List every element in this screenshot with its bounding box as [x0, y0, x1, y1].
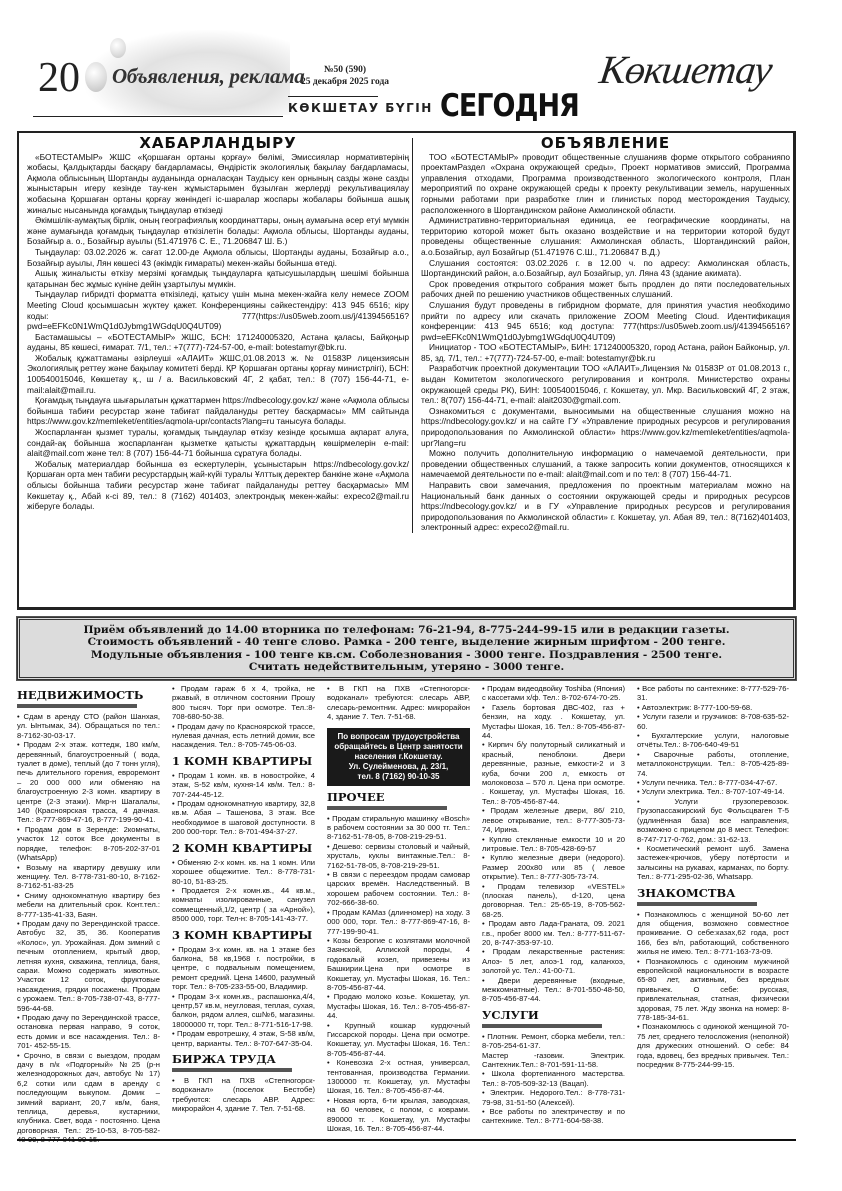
classified-ad: • Продаю молоко козье. Кокшетау, ул. Мус…	[327, 992, 470, 1020]
notice-paragraph: Можно получить дополнительную информацию…	[421, 448, 790, 480]
category-heading: ПРОЧЕЕ	[327, 791, 447, 810]
notice-paragraph: Жобалық материалдар бойынша өз ескертуле…	[27, 459, 409, 512]
category-heading: 3 КОМН КВАРТИРЫ	[172, 929, 315, 942]
classifieds-column: • В ГКП на ПХВ «Степногорск-водоканал» т…	[327, 684, 470, 1133]
issue-info: №50 (590) 25 декабря 2025 года	[300, 64, 390, 88]
classified-ad: • Газель бортовая ДВС-402, газ + бензин,…	[482, 703, 625, 741]
page-bottom-divider	[17, 1139, 796, 1141]
classified-ad: • Сварочные работы, отопление, металлоко…	[637, 750, 789, 778]
classified-ad: • Плотник. Ремонт, сборка мебели, тел.: …	[482, 1032, 625, 1051]
classified-ad: • Продам видеодвойку Toshiba (Япония) с …	[482, 684, 625, 703]
category-heading: 1 КОМН КВАРТИРЫ	[172, 755, 315, 768]
classified-ad: • Продам дом в Зеренде: 2комнаты, участо…	[17, 825, 160, 863]
classified-ad: • Продам авто Лада-Граната, 09. 2021 г.в…	[482, 919, 625, 947]
classified-ad: • Все работы по электричеству и по санте…	[482, 1107, 625, 1126]
notice-paragraph: Жобалық құжаттаманы әзірлеуші «АЛАИТ» ЖШ…	[27, 353, 409, 395]
notice-paragraph: Слушания состоятся: 03.02.2026 г. в 12.0…	[421, 258, 790, 279]
classified-ad: • Сниму однокомнатную квартиру без мебел…	[17, 891, 160, 919]
pricing-line: Приём объявлений до 14.00 вторника по те…	[20, 624, 793, 636]
classifieds-column: • Продам гараж 6 х 4, тройка, не ржавый,…	[172, 684, 315, 1114]
employment-center-callout: По вопросам трудоустройства обращайтесь …	[327, 728, 470, 786]
classified-ad: • Двери деревянные (входные, межкомнатны…	[482, 976, 625, 1004]
classified-ad: • Продам гараж 6 х 4, тройка, не ржавый,…	[172, 684, 315, 722]
classified-ad: • Дешево: сервизы столовый и чайный, хру…	[327, 842, 470, 870]
pricing-line: Модульные объявления - 100 тенге кв.см. …	[20, 649, 793, 661]
classified-ad: • Познакомлюсь с женщиной 50-60 лет для …	[637, 910, 789, 957]
page-number: 20	[38, 57, 80, 99]
classified-ad: • Продам 3-х комн. кв. на 1 этаже без ба…	[172, 945, 315, 992]
classified-ad: • Продаю дачу по Зерендинской трассе, ос…	[17, 1013, 160, 1051]
notice-kazakh: ХАБАРЛАНДЫРУ «БОТЕСТАМЫР» ЖШС «Қоршаған …	[27, 138, 409, 512]
callout-line: населения г.Кокшетау.	[331, 752, 466, 762]
classifieds-column: • Продам видеодвойку Toshiba (Япония) с …	[482, 684, 625, 1126]
notice-paragraph: Бастамашысы – «БОТЕСТАМЫР» ЖШС, БСН: 171…	[27, 332, 409, 353]
classified-ad: • Куплю стеклянные емкости 10 и 20 литро…	[482, 835, 625, 854]
classified-ad: • В связи с переездом продам самовар цар…	[327, 870, 470, 908]
masthead: 20 Объявления, реклама №50 (590) 25 дека…	[0, 0, 842, 135]
classified-ad: • Продам КАМаз (длинномер) на ходу. 3 00…	[327, 908, 470, 936]
newspaper-logo-script: Көкшетау	[597, 46, 775, 93]
classifieds-column: НЕДВИЖИМОСТЬ • Сдам в аренду СТО (район …	[17, 684, 160, 1145]
notice-paragraph: Слушания будут проведены в гибридном фор…	[421, 300, 790, 342]
classified-ad: • В ГКП на ПХВ «Степногорск-водоканал» (…	[172, 1076, 315, 1114]
notice-paragraph: Тыңдаулар гибридті форматта өткізіледі, …	[27, 289, 409, 331]
notice-paragraph: Инициатор - ТОО «БОТЕСТАМЫР», БИН: 17124…	[421, 342, 790, 363]
newspaper-logo-kazakh: КӨКШЕТАУ БҮГІН	[288, 101, 433, 115]
classified-ad: • Продам телевизор «VESTEL» (плоская пан…	[482, 882, 625, 920]
category-heading: 2 КОМН КВАРТИРЫ	[172, 842, 315, 855]
classified-ad: • Познакомлюсь с одиноким мужчиной европ…	[637, 957, 789, 1023]
notice-paragraph: Әкімшілік-аумақтық бірлік, оның географи…	[27, 215, 409, 247]
classified-ad: • Возьму на квартиру девушку или женщину…	[17, 863, 160, 891]
notice-paragraph: Срок проведения открытого собрания может…	[421, 279, 790, 300]
classified-ad: • Услуги грузоперевозок. Грузопассажирск…	[637, 797, 789, 844]
classified-ad: • Сдам в аренду СТО (район Шанхая, ул. Ы…	[17, 712, 160, 740]
classified-ad: • Коневозка 2-х остная, универсал, тенто…	[327, 1058, 470, 1096]
classified-ad: • Срочно, в связи с выездом, продам дачу…	[17, 1051, 160, 1145]
classified-ad: • Крупный кошкар курдючный Гиссарской по…	[327, 1021, 470, 1059]
notice-paragraph: Тыңдаулар: 03.02.2026 ж. сағат 12.00-де …	[27, 247, 409, 268]
classified-ad: • Козы безрогие с козлятами молочной Зая…	[327, 936, 470, 992]
section-title: Объявления, реклама	[112, 64, 305, 89]
notice-paragraph: «БОТЕСТАМЫР» ЖШС «Қоршаған ортаны қорғау…	[27, 152, 409, 216]
classified-ad: • Продам дачу по Зерендинской трассе. Ав…	[17, 919, 160, 1013]
classified-ad: • Продам евротрешку, 4 этаж, S-58 кв/м, …	[172, 1029, 315, 1048]
notice-paragraph: Қоғамдық тыңдауға шығарылатын құжаттарме…	[27, 395, 409, 427]
ad-pricing-banner: Приём объявлений до 14.00 вторника по те…	[17, 617, 796, 680]
newspaper-logo-russian: СЕГОДНЯ	[440, 88, 579, 124]
classified-ad: • Продам 1 комн. кв. в новостройке, 4 эт…	[172, 771, 315, 799]
notice-paragraph: Административно-территориальная единица,…	[421, 215, 790, 257]
notice-paragraph: ТОО «БОТЕСТАМЫР» проводит общественные с…	[421, 152, 790, 216]
notice-russian: ОБЪЯВЛЕНИЕ ТОО «БОТЕСТАМЫР» проводит общ…	[412, 138, 790, 533]
notice-title: ОБЪЯВЛЕНИЕ	[421, 138, 790, 149]
pricing-line: Считать недействительным, утеряно - 3000…	[20, 661, 793, 673]
notice-paragraph: Ознакомиться с документами, выносимыми н…	[421, 406, 790, 448]
category-heading: БИРЖА ТРУДА	[172, 1053, 292, 1072]
category-heading: НЕДВИЖИМОСТЬ	[17, 689, 137, 708]
callout-line: Ул. Сулейменова, д. 23/1,	[331, 762, 466, 772]
notice-paragraph: Ашық жиналысты өткізу мерзімі қоғамдық т…	[27, 268, 409, 289]
christmas-ornament-icon	[85, 62, 107, 92]
notice-paragraph: Разработчик проектной документации ТОО «…	[421, 363, 790, 405]
classified-ad: • Школа фортепианного мастерства. Тел.: …	[482, 1069, 625, 1088]
classified-ad: • Продам 2-х этаж. коттедж, 180 км/м, де…	[17, 740, 160, 825]
classified-ad: • Услуги газели и грузчиков: 8-708-635-5…	[637, 712, 789, 731]
issue-number: №50 (590)	[300, 64, 390, 76]
classified-ad: • Познакомлюсь с одинокой женщиной 70-75…	[637, 1022, 789, 1069]
classified-ad: • Услуги печника. Тел.: 8-777-034-47-67.	[637, 778, 789, 787]
classified-ad: • Все работы по сантехнике: 8-777-529-76…	[637, 684, 789, 703]
classified-ad: • Электрик. Недорого.Тел.: 8-778-731-79-…	[482, 1088, 625, 1107]
public-hearing-notices: ХАБАРЛАНДЫРУ «БОТЕСТАМЫР» ЖШС «Қоршаған …	[17, 131, 796, 610]
classified-ad: Мастер -газовик. Электрик. Сантехник.Тел…	[482, 1051, 625, 1070]
callout-line: По вопросам трудоустройства	[331, 732, 466, 742]
issue-date: 25 декабря 2025 года	[300, 76, 390, 88]
classified-ad: • В ГКП на ПХВ «Степногорск-водоканал» т…	[327, 684, 470, 722]
classified-ad: • Автоэлектрик: 8-777-100-59-68.	[637, 703, 789, 712]
classified-ad: • Продается 2-х комн.кв., 44 кв.м., комн…	[172, 886, 315, 924]
classified-ad: • Новая юрта, 6-ти крылая, заводская, на…	[327, 1096, 470, 1134]
classified-ad: • Косметический ремонт шуб. Замена засте…	[637, 844, 789, 882]
pricing-line: Стоимость объявлений - 40 тенге слово. Р…	[20, 636, 793, 648]
callout-line: обращайтесь в Центр занятости	[331, 742, 466, 752]
category-heading: ЗНАКОМСТВА	[637, 887, 757, 906]
notice-paragraph: Направить свои замечания, предложения по…	[421, 480, 790, 533]
classified-ad: • Продам стиральную машинку «Bosch» в ра…	[327, 814, 470, 842]
classified-ad: • Продам однокомнатную квартиру, 32,8 кв…	[172, 799, 315, 837]
classified-ad: • Куплю железные двери (недорого). Разме…	[482, 853, 625, 881]
classified-ad: • Продам железные двери, 86/ 210, левое …	[482, 806, 625, 834]
classified-ad: • Услуги электрика. Тел.: 8-707-107-49-1…	[637, 787, 789, 796]
classified-ad: • Продам лекарственные растения: Алоэ- 5…	[482, 947, 625, 975]
notice-paragraph: Жоспарланған қызмет туралы, қоғамдық тың…	[27, 427, 409, 459]
classifieds-column: • Все работы по сантехнике: 8-777-529-76…	[637, 684, 789, 1069]
category-heading: УСЛУГИ	[482, 1009, 602, 1028]
classified-ad: • Бухгалтерские услуги, налоговые отчёты…	[637, 731, 789, 750]
classified-ad: • Обменяю 2-х комн. кв. на 1 комн. Или х…	[172, 858, 315, 886]
classifieds: НЕДВИЖИМОСТЬ • Сдам в аренду СТО (район …	[17, 684, 796, 1134]
callout-line: тел. 8 (7162) 90-10-35	[331, 772, 466, 782]
classified-ad: • Кирпич б/у полуторный силикатный и кра…	[482, 740, 625, 806]
notice-title: ХАБАРЛАНДЫРУ	[27, 138, 409, 149]
issue-divider	[288, 96, 378, 97]
classified-ad: • Продам 3-х комн.кв., распашонка,4/4, ц…	[172, 992, 315, 1030]
christmas-ornament-icon	[110, 38, 126, 58]
classified-ad: • Продам дачу по Красноярской трассе, ну…	[172, 722, 315, 750]
header-divider	[33, 116, 283, 117]
